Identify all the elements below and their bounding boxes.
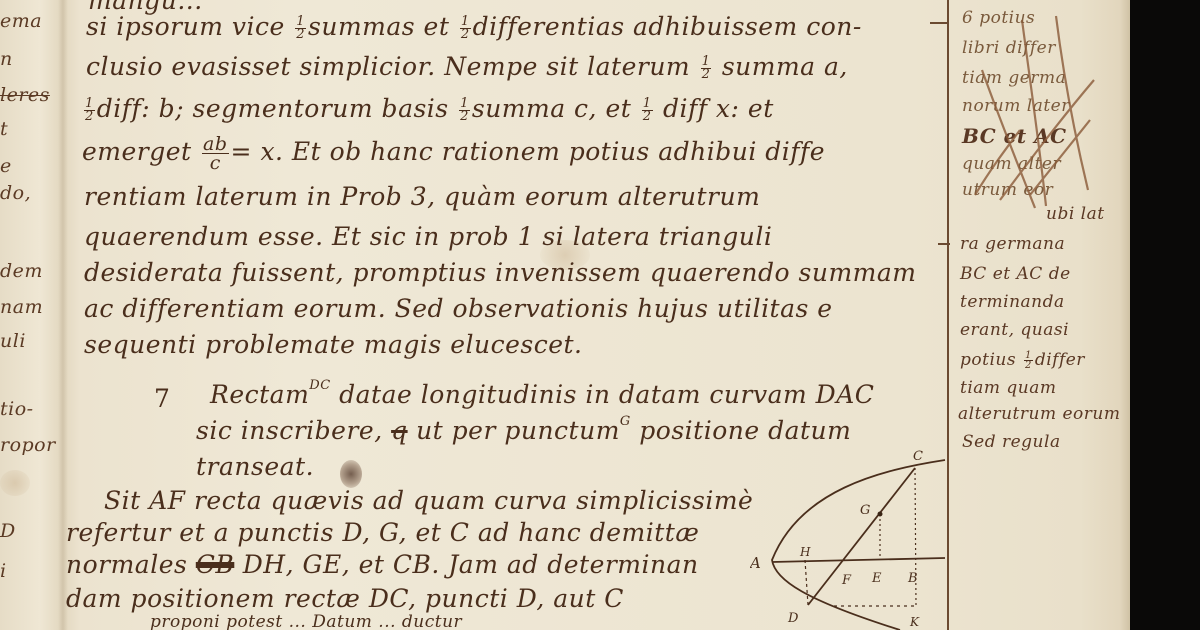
- label-H: H: [799, 545, 811, 559]
- fraction-half: 12: [460, 16, 471, 41]
- label-A: A: [750, 554, 761, 572]
- text-line: emerget abc= x. Et ob hanc rationem poti…: [82, 135, 825, 172]
- struck-word: q: [391, 416, 408, 445]
- problem-statement-line: RectamDC datae longitudinis in datam cur…: [210, 378, 874, 409]
- text-line: ac differentiam eorum. Sed observationis…: [84, 294, 833, 323]
- text-segment: diff x: et: [663, 94, 774, 123]
- left-fragment: t: [0, 118, 8, 140]
- text-segment: si ipsorum vice: [86, 12, 285, 41]
- left-fragment: n: [0, 48, 13, 70]
- label-E: E: [871, 571, 882, 586]
- margin-line: potius 12differ: [960, 350, 1085, 370]
- margin-line: BC et AC de: [960, 264, 1071, 284]
- axis-AB: [772, 558, 945, 562]
- problem-number: 7: [154, 384, 170, 413]
- margin-line: terminanda: [960, 292, 1065, 312]
- foxing-spot: [0, 470, 30, 496]
- struck-word: CB: [196, 550, 235, 579]
- solution-line: Sit AF recta quævis ad quam curva simpli…: [104, 486, 753, 515]
- solution-line: refertur et a punctis D, G, et C ad hanc…: [66, 518, 699, 547]
- margin-rule-tick: [930, 22, 947, 24]
- margin-line: erant, quasi: [960, 320, 1069, 340]
- problem-statement-line: transeat.: [196, 452, 314, 481]
- text-line: quaerendum esse. Et sic in prob 1 si lat…: [84, 222, 772, 251]
- label-K: K: [909, 615, 920, 629]
- cross-out-strokes: [960, 10, 1100, 210]
- text-segment: clusio evasisset simplicior. Nempe sit l…: [86, 52, 690, 81]
- left-fragment: ema: [0, 10, 42, 32]
- solution-line: dam positionem rectæ DC, puncti D, aut C: [66, 584, 624, 613]
- fraction-half: 12: [701, 56, 712, 81]
- curve-DAC: [772, 460, 945, 630]
- solution-line: proponi potest ... Datum ... ductur: [150, 612, 462, 630]
- text-segment: differentias adhibuissem con-: [473, 12, 862, 41]
- text-segment: summas et: [308, 12, 449, 41]
- margin-line: alterutrum eorum: [958, 404, 1120, 424]
- ink-blot: [340, 460, 362, 488]
- text-line: desiderata fuissent, promptius invenisse…: [84, 258, 916, 287]
- left-fragment: uli: [0, 330, 26, 352]
- left-fragment: do,: [0, 182, 31, 204]
- fraction-half: 12: [1024, 351, 1033, 370]
- perp-DH: [805, 560, 808, 605]
- solution-line: normales CB DH, GE, et CB. Jam ad determ…: [66, 550, 699, 579]
- text-line: 12diff: b; segmentorum basis 12summa c, …: [82, 94, 774, 123]
- left-fragment: e: [0, 155, 12, 177]
- left-fragment: tio-: [0, 398, 34, 420]
- margin-line: ra germana: [960, 234, 1065, 254]
- text-segment: emerget: [82, 137, 192, 166]
- left-fragment: nam: [0, 296, 43, 318]
- text-line: clusio evasisset simplicior. Nempe sit l…: [86, 52, 848, 81]
- label-F: F: [841, 573, 852, 588]
- margin-line: tiam quam: [960, 378, 1057, 398]
- label-G: G: [860, 503, 870, 518]
- text-line: si ipsorum vice 12summas et 12differenti…: [86, 12, 862, 41]
- fraction-half: 12: [84, 98, 95, 123]
- fraction-half: 12: [295, 16, 306, 41]
- text-line: sequenti problemate magis elucescet.: [84, 330, 583, 359]
- label-C: C: [913, 449, 923, 464]
- left-fragment: ropor: [0, 434, 56, 456]
- text-segment: summa a,: [722, 52, 848, 81]
- manuscript-page: ema n leres t e do, dem nam uli tio- rop…: [0, 0, 1130, 630]
- label-D: D: [787, 611, 799, 626]
- geometry-diagram: A H F E B C G D K: [750, 430, 950, 630]
- left-fragment: D: [0, 520, 16, 542]
- left-fragment: i: [0, 560, 7, 582]
- chord-DC: [808, 468, 915, 605]
- left-fragment: dem: [0, 260, 43, 282]
- text-segment: summa c, et: [472, 94, 631, 123]
- text-segment: = x. Et ob hanc rationem potius adhibui …: [231, 137, 826, 166]
- left-fragment: leres: [0, 84, 50, 106]
- margin-line: Sed regula: [962, 432, 1061, 452]
- margin-line: ubi lat: [1046, 204, 1105, 224]
- fraction-half: 12: [642, 98, 653, 123]
- struck-word: [970, 203, 1000, 217]
- label-B: B: [907, 571, 918, 586]
- text-segment: diff: b; segmentorum basis: [97, 94, 449, 123]
- margin-rule-tick: [938, 243, 950, 245]
- fraction-half: 12: [459, 98, 470, 123]
- fraction-ab-over-c: abc: [202, 135, 229, 172]
- text-line: rentiam laterum in Prob 3, quàm eorum al…: [84, 182, 760, 211]
